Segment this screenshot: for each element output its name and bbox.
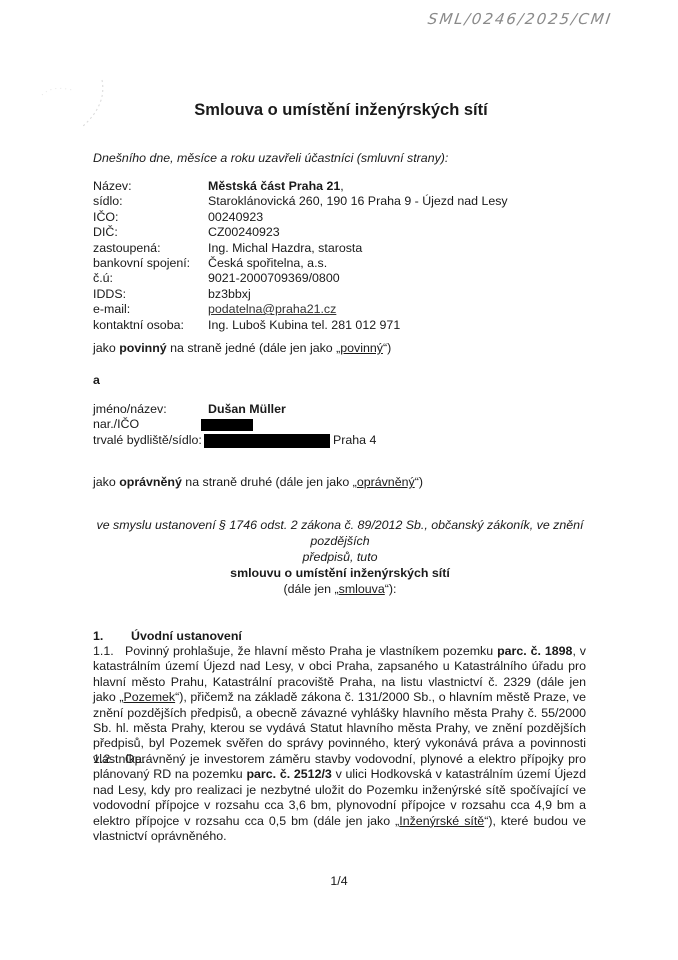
party1-row-name: Název: Městská část Praha 21,: [93, 179, 508, 194]
value: Ing. Luboš Kubina tel. 281 012 971: [208, 318, 400, 333]
value: Dušan Müller: [208, 402, 286, 417]
label: č.ú:: [93, 271, 208, 286]
party2-details: jméno/název: Dušan Müller nar./IČO trval…: [93, 402, 376, 448]
party2-row-id: nar./IČO: [93, 417, 376, 432]
label: e-mail:: [93, 302, 208, 317]
party2-row-name: jméno/název: Dušan Müller: [93, 402, 376, 417]
value: Městská část Praha 21,: [208, 179, 344, 194]
party1-row-represented: zastoupená: Ing. Michal Hazdra, starosta: [93, 241, 508, 256]
party1-row-bank: bankovní spojení: Česká spořitelna, a.s.: [93, 256, 508, 271]
value: 9021-2000709369/0800: [208, 271, 340, 286]
document-title: Smlouva o umístění inženýrských sítí: [0, 101, 678, 120]
email-link[interactable]: podatelna@praha21.cz: [208, 302, 336, 317]
label: Název:: [93, 179, 208, 194]
party1-row-idds: IDDS: bz3bbxj: [93, 287, 508, 302]
label: zastoupená:: [93, 241, 208, 256]
label: DIČ:: [93, 225, 208, 240]
label: kontaktní osoba:: [93, 318, 208, 333]
value: CZ00240923: [208, 225, 280, 240]
party1-role-line: jako povinný na straně jedné (dále jen j…: [93, 341, 391, 355]
value: Praha 4: [208, 433, 376, 448]
redacted-id: [208, 417, 253, 432]
label: nar./IČO: [93, 417, 208, 432]
paragraph-1-1: 1.1.Povinný prohlašuje, že hlavní město …: [93, 644, 586, 767]
redacted-address: [204, 434, 330, 448]
value: 00240923: [208, 210, 263, 225]
party1-row-account: č.ú: 9021-2000709369/0800: [93, 271, 508, 286]
contract-name: smlouvu o umístění inženýrských sítí: [90, 566, 590, 582]
value: bz3bbxj: [208, 287, 251, 302]
label: trvalé bydliště/sídlo:: [93, 433, 208, 448]
label: sídlo:: [93, 194, 208, 209]
party2-role-line: jako oprávněný na straně druhé (dále jen…: [93, 475, 423, 489]
label: jméno/název:: [93, 402, 208, 417]
conjunction: a: [93, 373, 100, 387]
party1-row-seat: sídlo: Staroklánovická 260, 190 16 Praha…: [93, 194, 508, 209]
label: bankovní spojení:: [93, 256, 208, 271]
page-number: 1/4: [0, 874, 678, 888]
party2-row-address: trvalé bydliště/sídlo: Praha 4: [93, 433, 376, 448]
party1-details: Název: Městská část Praha 21, sídlo: Sta…: [93, 179, 508, 333]
handwritten-reference: SML/0246/2025/CMI: [427, 10, 614, 28]
party1-row-ico: IČO: 00240923: [93, 210, 508, 225]
value: Česká spořitelna, a.s.: [208, 256, 327, 271]
label: IDDS:: [93, 287, 208, 302]
intro-text: Dnešního dne, měsíce a roku uzavřeli úča…: [93, 151, 448, 165]
contract-name-block: smlouvu o umístění inženýrských sítí (dá…: [90, 566, 590, 597]
party1-row-email: e-mail: podatelna@praha21.cz: [93, 302, 508, 317]
section-1-heading: 1.Úvodní ustanovení: [93, 629, 242, 643]
label: IČO:: [93, 210, 208, 225]
party1-row-contact: kontaktní osoba: Ing. Luboš Kubina tel. …: [93, 318, 508, 333]
value: Staroklánovická 260, 190 16 Praha 9 - Új…: [208, 194, 508, 209]
value: Ing. Michal Hazdra, starosta: [208, 241, 362, 256]
paragraph-1-2: 1.2.Oprávněný je investorem záměru stavb…: [93, 752, 586, 844]
contract-alias: (dále jen „smlouva“):: [90, 582, 590, 598]
legal-basis: ve smyslu ustanovení § 1746 odst. 2 záko…: [90, 517, 590, 565]
party1-row-dic: DIČ: CZ00240923: [93, 225, 508, 240]
